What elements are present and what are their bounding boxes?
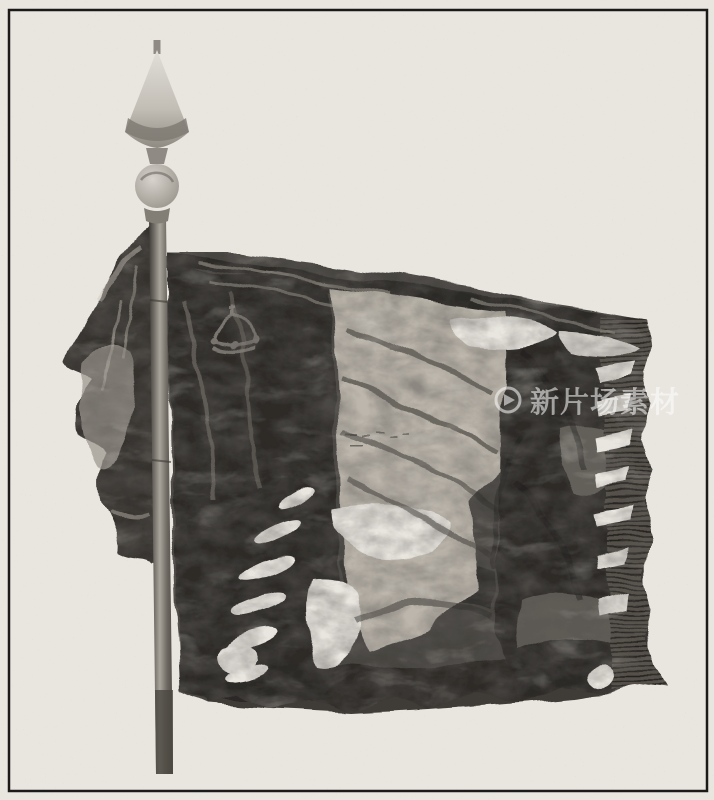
watermark-text: 新片场素材 (530, 385, 680, 419)
antique-flag-photo: 新片场素材 (0, 0, 714, 800)
finial-orb (135, 164, 179, 208)
